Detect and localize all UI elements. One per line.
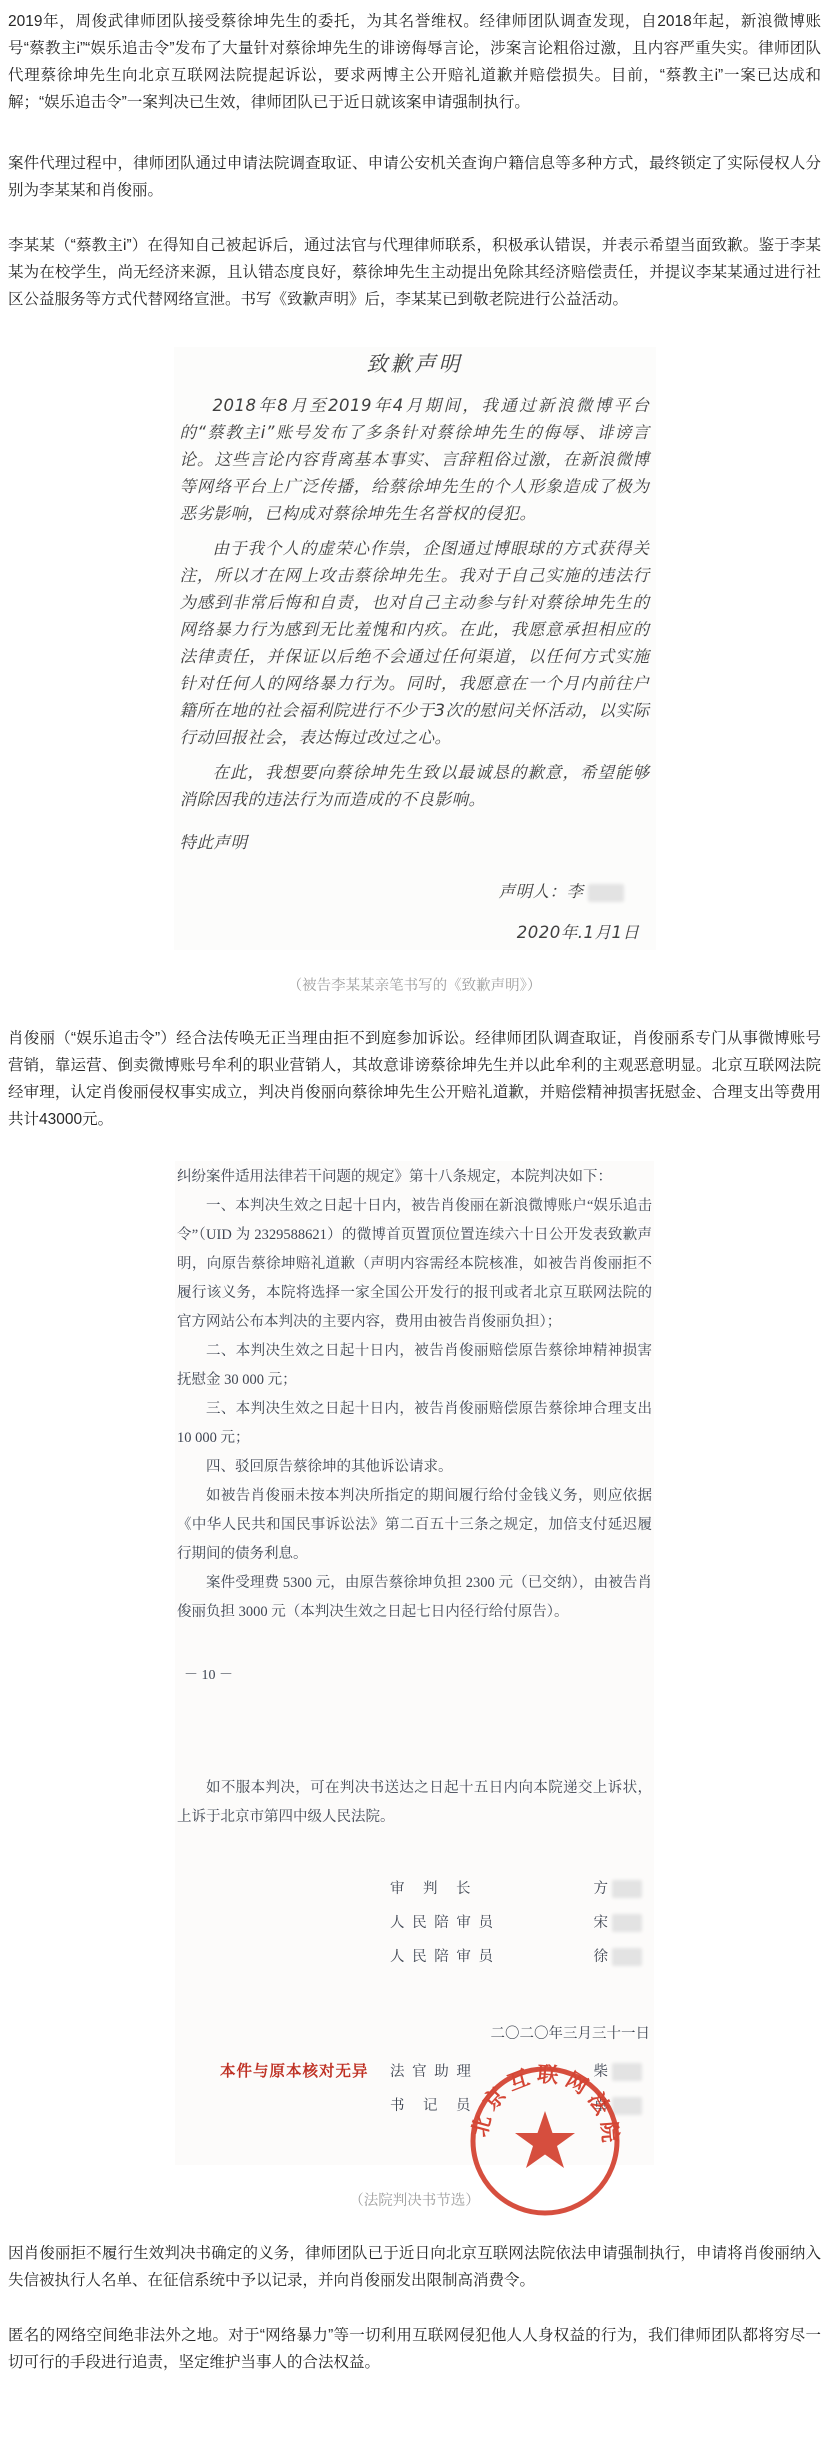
redacted-name bbox=[612, 2063, 642, 2081]
signature-row: 人 民 陪 审 员 徐 bbox=[390, 1940, 642, 1974]
judgment-paragraph: 一、本判决生效之日起十日内，被告肖俊丽在新浪微博账户“娱乐追击令”（UID 为 … bbox=[177, 1192, 652, 1337]
redacted-name bbox=[612, 1880, 642, 1898]
letter-signer-label: 声明人：李 bbox=[499, 882, 584, 901]
article-bottom: 因肖俊丽拒不履行生效判决书确定的义务，律师团队已于近日向北京互联网法院依法申请强… bbox=[8, 2240, 821, 2414]
signature-surname: 柴 bbox=[594, 2055, 609, 2089]
judgment-paragraph: 案件受理费 5300 元，由原告蔡徐坤负担 2300 元（已交纳），由被告肖俊丽… bbox=[177, 1569, 652, 1627]
letter-paragraph: 由于我个人的虚荣心作祟，企图通过博眼球的方式获得关注，所以才在网上攻击蔡徐坤先生… bbox=[180, 535, 650, 751]
article-paragraph: 案件代理过程中，律师团队通过申请法院调查取证、申请公安机关查询户籍信息等多种方式… bbox=[8, 150, 821, 204]
judgment-excerpt-image: 纠纷案件适用法律若干问题的规定》第十八条规定，本院判决如下： 一、本判决生效之日… bbox=[175, 1161, 654, 2165]
clerk-row: 书 记 员 卓 bbox=[390, 2089, 642, 2123]
signature-row: 审 判 长 方 bbox=[390, 1872, 642, 1906]
signature-name: 徐 bbox=[594, 1940, 643, 1974]
judgment-signatures: 审 判 长 方 人 民 陪 审 员 宋 人 民 陪 审 员 徐 bbox=[390, 1872, 642, 1974]
verify-note: 本件与原本核对无异 bbox=[220, 2057, 369, 2086]
redacted-name bbox=[588, 884, 624, 902]
redacted-name bbox=[612, 1948, 642, 1966]
signature-role: 书 记 员 bbox=[390, 2089, 473, 2123]
judgment-paragraph: 四、驳回原告蔡徐坤的其他诉讼请求。 bbox=[177, 1453, 652, 1482]
article-paragraph: 李某某（“蔡教主i”）在得知自己被起诉后，通过法官与代理律师联系，积极承认错误，… bbox=[8, 232, 821, 313]
signature-name: 方 bbox=[594, 1872, 643, 1906]
letter-date: 2020年.1月1日 bbox=[180, 919, 650, 946]
apology-letter-image: 致歉声明 2018年8月至2019年4月期间，我通过新浪微博平台的“蔡教主i”账… bbox=[174, 347, 656, 950]
signature-name: 宋 bbox=[594, 1906, 643, 1940]
judgment-paragraph: 三、本判决生效之日起十日内，被告肖俊丽赔偿原告蔡徐坤合理支出 10 000 元； bbox=[177, 1395, 652, 1453]
letter-signer: 声明人：李 bbox=[180, 878, 650, 905]
judgment-paragraph: 纠纷案件适用法律若干问题的规定》第十八条规定，本院判决如下： bbox=[177, 1163, 652, 1192]
signature-surname: 宋 bbox=[594, 1906, 609, 1940]
signature-role: 法 官 助 理 bbox=[390, 2055, 473, 2089]
redacted-name bbox=[612, 1914, 642, 1932]
judgment-page-number: － 10 － bbox=[177, 1661, 652, 1690]
article-paragraph: 匿名的网络空间绝非法外之地。对于“网络暴力”等一切利用互联网侵犯他人人身权益的行… bbox=[8, 2322, 821, 2376]
letter-paragraph: 在此，我想要向蔡徐坤先生致以最诚恳的歉意，希望能够消除因我的违法行为而造成的不良… bbox=[180, 759, 650, 813]
letter-title: 致歉声明 bbox=[180, 351, 650, 378]
article-paragraph: 肖俊丽（“娱乐追击令”）经合法传唤无正当理由拒不到庭参加诉讼。经律师团队调查取证… bbox=[8, 1025, 821, 1133]
judge-assistant-row: 法 官 助 理 柴 bbox=[390, 2055, 642, 2089]
judgment-date: 二〇二〇年三月三十一日 bbox=[177, 2020, 652, 2049]
judgment-officers: 本件与原本核对无异 法 官 助 理 柴 书 记 员 卓 bbox=[390, 2055, 642, 2123]
article-paragraph: 2019年，周俊武律师团队接受蔡徐坤先生的委托，为其名誉维权。经律师团队调查发现… bbox=[8, 8, 821, 116]
signature-surname: 卓 bbox=[594, 2089, 609, 2123]
judgment-caption: （法院判决书节选） bbox=[8, 2189, 821, 2210]
signature-surname: 方 bbox=[594, 1872, 609, 1906]
article-paragraph: 因肖俊丽拒不履行生效判决书确定的义务，律师团队已于近日向北京互联网法院依法申请强… bbox=[8, 2240, 821, 2294]
signature-role: 人 民 陪 审 员 bbox=[390, 1906, 495, 1940]
signature-row: 人 民 陪 审 员 宋 bbox=[390, 1906, 642, 1940]
signature-name: 柴 bbox=[594, 2055, 643, 2089]
signature-surname: 徐 bbox=[594, 1940, 609, 1974]
article-body: 2019年，周俊武律师团队接受蔡徐坤先生的委托，为其名誉维权。经律师团队调查发现… bbox=[0, 0, 831, 2428]
signature-name: 卓 bbox=[594, 2089, 643, 2123]
redacted-name bbox=[612, 2097, 642, 2115]
letter-closing: 特此声明 bbox=[180, 829, 650, 856]
signature-role: 审 判 长 bbox=[390, 1872, 473, 1906]
letter-paragraph: 2018年8月至2019年4月期间，我通过新浪微博平台的“蔡教主i”账号发布了多… bbox=[180, 392, 650, 527]
judgment-paragraph: 如被告肖俊丽未按本判决所指定的期间履行给付金钱义务，则应依据《中华人民共和国民事… bbox=[177, 1482, 652, 1569]
letter-caption: （被告李某某亲笔书写的《致歉声明》） bbox=[8, 974, 821, 995]
judgment-paragraph: 二、本判决生效之日起十日内，被告肖俊丽赔偿原告蔡徐坤精神损害抚慰金 30 000… bbox=[177, 1337, 652, 1395]
signature-role: 人 民 陪 审 员 bbox=[390, 1940, 495, 1974]
judgment-appeal-text: 如不服本判决，可在判决书送达之日起十五日内向本院递交上诉状，上诉于北京市第四中级… bbox=[177, 1774, 652, 1832]
